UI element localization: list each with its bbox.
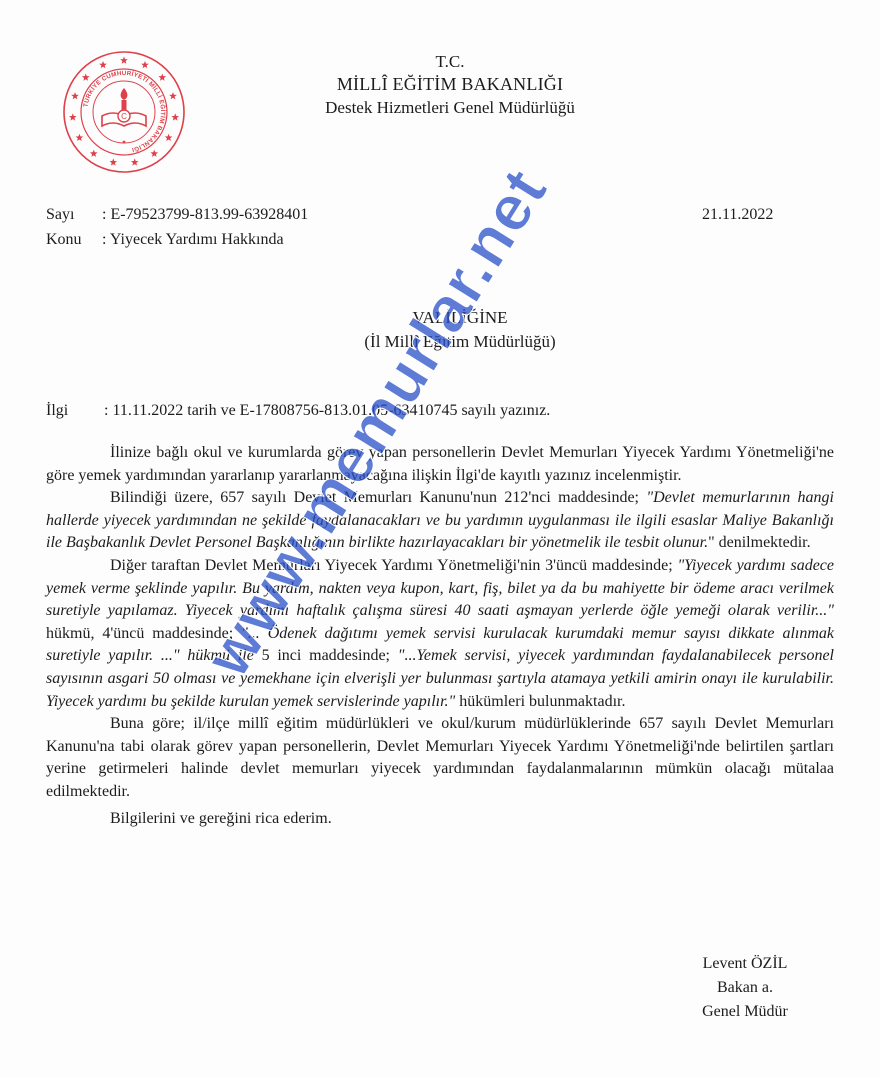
addressee: VALİLİĞİNE (İl Millî Eğitim Müdürlüğü)	[250, 306, 670, 354]
letter-body: İlinize bağlı okul ve kurumlarda görev y…	[46, 442, 834, 830]
ilgi-value: : 11.11.2022 tarih ve E-17808756-813.01.…	[104, 400, 550, 422]
signer-on-behalf: Bakan a.	[680, 976, 810, 1000]
letterhead: T.C. MİLLÎ EĞİTİM BAKANLIĞI Destek Hizme…	[240, 50, 660, 119]
p3-text-4: hükümleri bulunmaktadır.	[455, 693, 625, 710]
ministry-name: MİLLÎ EĞİTİM BAKANLIĞI	[240, 73, 660, 96]
sayi-row: Sayı : E-79523799-813.99-63928401	[46, 202, 308, 227]
konu-label: Konu	[46, 227, 102, 252]
p2-text-end: " denilmektedir.	[708, 534, 811, 551]
signature-block: Levent ÖZİL Bakan a. Genel Müdür	[680, 952, 810, 1024]
paragraph-3: Diğer taraftan Devlet Memurları Yiyecek …	[46, 555, 834, 713]
closing-line: Bilgilerini ve gereğini rica ederim.	[46, 808, 834, 831]
p2-text: Bilindiği üzere, 657 sayılı Devlet Memur…	[110, 489, 646, 506]
paragraph-4: Buna göre; il/ilçe millî eğitim müdürlük…	[46, 713, 834, 803]
letterhead-tc: T.C.	[240, 50, 660, 73]
addressee-line1: VALİLİĞİNE	[250, 306, 670, 330]
reference-line: İlgi : 11.11.2022 tarih ve E-17808756-81…	[46, 400, 550, 422]
paragraph-2: Bilindiği üzere, 657 sayılı Devlet Memur…	[46, 487, 834, 555]
document-meta: Sayı : E-79523799-813.99-63928401 Konu :…	[46, 202, 308, 252]
konu-value: : Yiyecek Yardımı Hakkında	[102, 227, 284, 252]
konu-row: Konu : Yiyecek Yardımı Hakkında	[46, 227, 308, 252]
paragraph-1: İlinize bağlı okul ve kurumlarda görev y…	[46, 442, 834, 487]
department-name: Destek Hizmetleri Genel Müdürlüğü	[240, 96, 660, 119]
document-page: TÜRKİYE CUMHURİYETİ MİLLİ EĞİTİM BAKANLI…	[0, 0, 880, 1077]
signer-name: Levent ÖZİL	[680, 952, 810, 976]
p3-text: Diğer taraftan Devlet Memurları Yiyecek …	[110, 557, 677, 574]
sayi-value: : E-79523799-813.99-63928401	[102, 202, 308, 227]
document-date: 21.11.2022	[702, 202, 773, 227]
p3-text-3: 5 inci maddesinde;	[254, 647, 398, 664]
addressee-line2: (İl Millî Eğitim Müdürlüğü)	[250, 330, 670, 354]
ministry-seal-icon: TÜRKİYE CUMHURİYETİ MİLLİ EĞİTİM BAKANLI…	[62, 50, 186, 174]
signer-title: Genel Müdür	[680, 1000, 810, 1024]
svg-text:C: C	[121, 112, 127, 121]
ilgi-label: İlgi	[46, 400, 104, 422]
p3-text-2: hükmü, 4'üncü maddesinde;	[46, 625, 241, 642]
sayi-label: Sayı	[46, 202, 102, 227]
